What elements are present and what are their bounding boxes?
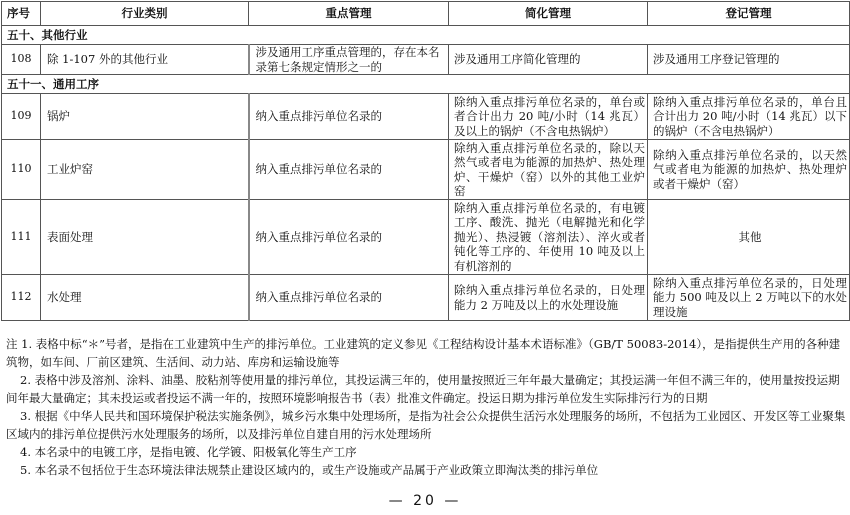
note-3: 3. 根据《中华人民共和国环境保护税法实施条例》，城乡污水集中处理场所，是指为社…: [6, 407, 846, 443]
row-serial-no: 109: [2, 94, 41, 140]
row-serial-no: 112: [2, 275, 41, 321]
row-registration-management: 涉及通用工序登记管理的: [648, 45, 850, 75]
row-key-management: 涉及通用工序重点管理的，存在本名录第七条规定情形之一的: [249, 45, 449, 75]
row-registration-management: 除纳入重点排污单位名录的，单台且合计出力 20 吨/小时（14 兆瓦）以下的锅炉…: [648, 94, 850, 140]
section-row: 五十一、通用工序: [2, 75, 850, 94]
header-key-management: 重点管理: [249, 2, 449, 26]
row-simplified-management: 除纳入重点排污单位名录的，日处理能力 2 万吨及以上的水处理设施: [449, 275, 648, 321]
header-serial-no: 序号: [2, 2, 41, 26]
table-row: 108 除 1-107 外的其他行业 涉及通用工序重点管理的，存在本名录第七条规…: [2, 45, 850, 75]
row-simplified-management: 涉及通用工序简化管理的: [449, 45, 648, 75]
table-row: 109 锅炉 纳入重点排污单位名录的 除纳入重点排污单位名录的，单台或者合计出力…: [2, 94, 850, 140]
table-header-row: 序号 行业类别 重点管理 简化管理 登记管理: [2, 2, 850, 26]
note-4: 4. 本名录中的电镀工序，是指电镀、化学镀、阳极氧化等生产工序: [6, 443, 846, 461]
row-key-management: 纳入重点排污单位名录的: [249, 140, 449, 200]
header-registration-management: 登记管理: [648, 2, 850, 26]
row-industry-category: 除 1-107 外的其他行业: [41, 45, 249, 75]
row-serial-no: 111: [2, 200, 41, 275]
note-5: 5. 本名录不包括位于生态环境法律法规禁止建设区域内的，或生产设施或产品属于产业…: [6, 461, 846, 479]
note-2: 2. 表格中涉及溶剂、涂料、油墨、胶粘剂等使用量的排污单位，其投运满三年的，使用…: [6, 371, 846, 407]
table-row: 112 水处理 纳入重点排污单位名录的 除纳入重点排污单位名录的，日处理能力 2…: [2, 275, 850, 321]
row-registration-management: 除纳入重点排污单位名录的，日处理能力 500 吨及以上 2 万吨以下的水处理设施: [648, 275, 850, 321]
section-row: 五十、其他行业: [2, 26, 850, 45]
row-simplified-management: 除纳入重点排污单位名录的，单台或者合计出力 20 吨/小时（14 兆瓦）及以上的…: [449, 94, 648, 140]
note-1: 注 1. 表格中标“＊”号者，是指在工业建筑中生产的排污单位。工业建筑的定义参见…: [6, 335, 846, 371]
row-serial-no: 110: [2, 140, 41, 200]
row-industry-category: 水处理: [41, 275, 249, 321]
row-industry-category: 工业炉窑: [41, 140, 249, 200]
row-key-management: 纳入重点排污单位名录的: [249, 200, 449, 275]
table-row: 111 表面处理 纳入重点排污单位名录的 除纳入重点排污单位名录的，有电镀工序、…: [2, 200, 850, 275]
row-serial-no: 108: [2, 45, 41, 75]
row-registration-management: 除纳入重点排污单位名录的，以天然气或者电为能源的加热炉、热处理炉或者干燥炉（窑）: [648, 140, 850, 200]
row-industry-category: 表面处理: [41, 200, 249, 275]
section-title: 五十一、通用工序: [2, 75, 850, 94]
header-simplified-management: 简化管理: [449, 2, 648, 26]
row-key-management: 纳入重点排污单位名录的: [249, 94, 449, 140]
page-number: — 20 —: [0, 493, 850, 509]
table-row: 110 工业炉窑 纳入重点排污单位名录的 除纳入重点排污单位名录的，除以天然气或…: [2, 140, 850, 200]
row-simplified-management: 除纳入重点排污单位名录的，有电镀工序、酸洗、抛光（电解抛光和化学抛光）、热浸镀（…: [449, 200, 648, 275]
footnotes: 注 1. 表格中标“＊”号者，是指在工业建筑中生产的排污单位。工业建筑的定义参见…: [6, 335, 846, 479]
row-key-management: 纳入重点排污单位名录的: [249, 275, 449, 321]
header-industry-category: 行业类别: [41, 2, 249, 26]
row-registration-management: 其他: [648, 200, 850, 275]
row-simplified-management: 除纳入重点排污单位名录的，除以天然气或者电为能源的加热炉、热处理炉、干燥炉（窑）…: [449, 140, 648, 200]
pollutant-permit-table: 序号 行业类别 重点管理 简化管理 登记管理 五十、其他行业 108 除 1-1…: [1, 1, 850, 321]
section-title: 五十、其他行业: [2, 26, 850, 45]
row-industry-category: 锅炉: [41, 94, 249, 140]
